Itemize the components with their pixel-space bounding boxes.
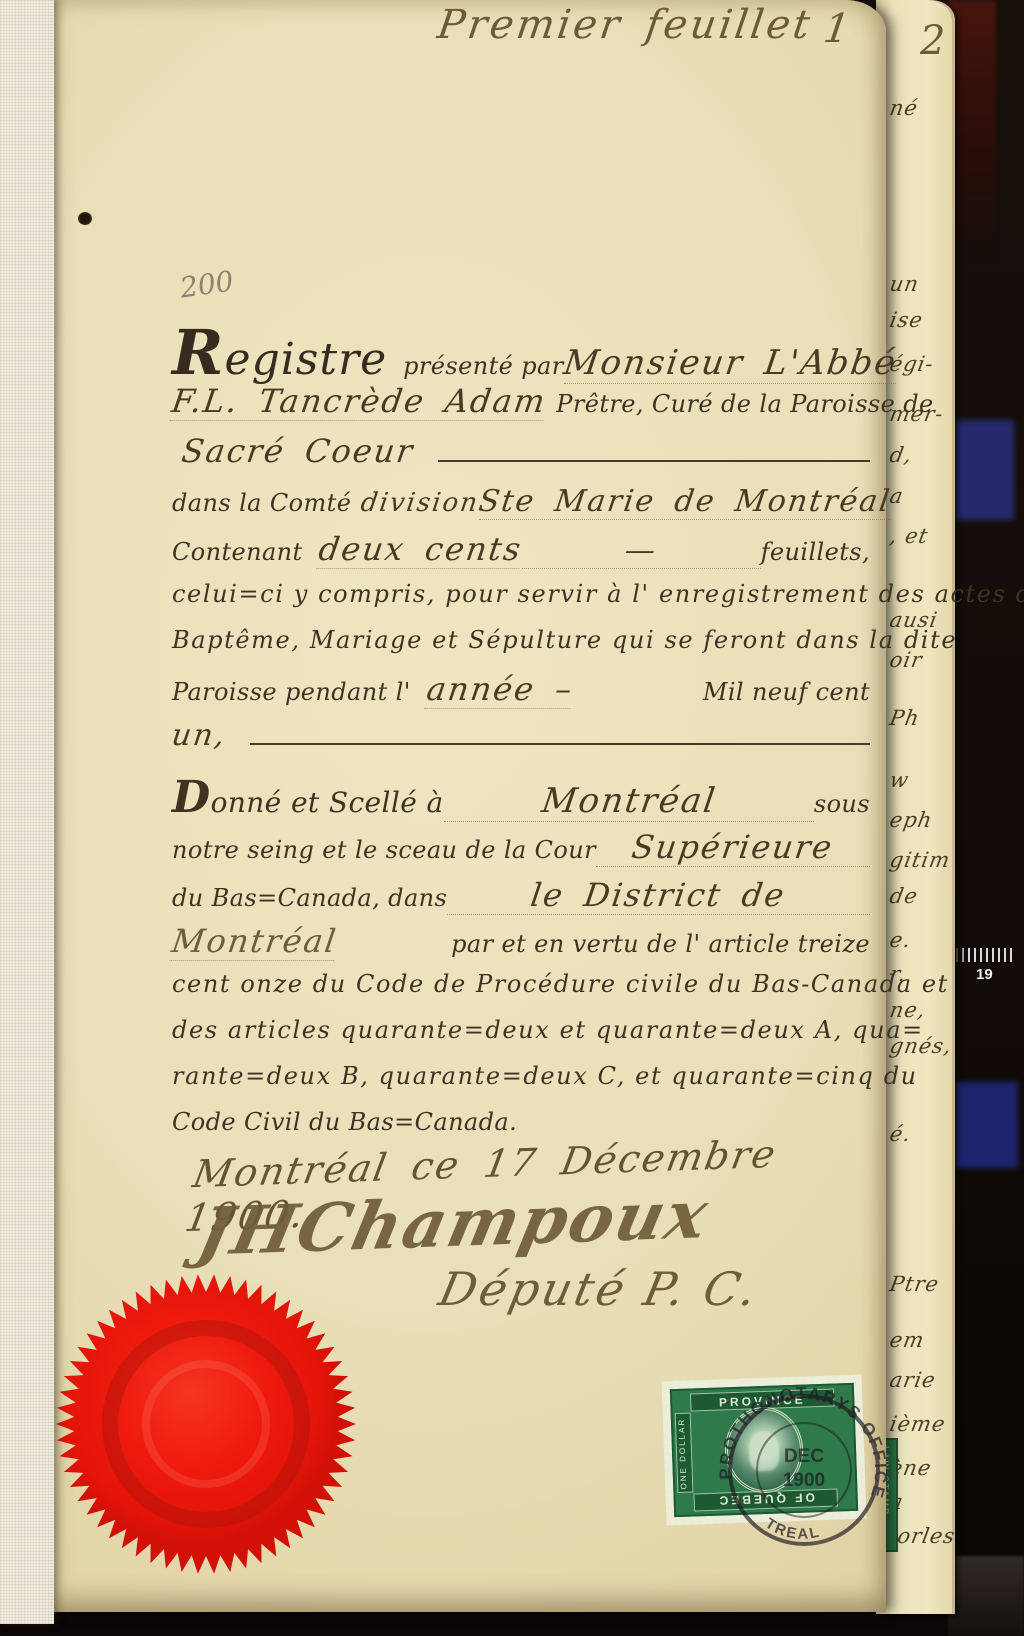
text-fragment: né xyxy=(888,96,952,120)
printed-bapteme-mariage: Baptême, Mariage et Sépulture qui se fer… xyxy=(172,626,957,654)
law-stamp-denomination: ONE DOLLAR xyxy=(675,1413,694,1494)
hand-montreal-2: Montréal xyxy=(169,922,340,961)
stamp-year: 1900 xyxy=(783,1470,825,1491)
page-number-1: 1 xyxy=(821,6,855,52)
text-fragment: ième xyxy=(888,1412,952,1436)
scelle-line-5: cent onze du Code de Procédure civile du… xyxy=(172,970,870,998)
text-fragment: ise xyxy=(888,308,952,332)
hand-dash: — xyxy=(623,533,660,568)
binding-grey-mark xyxy=(948,1556,1024,1636)
hand-montreal-1: Montréal xyxy=(539,781,719,821)
printed-pretre-cure: Prêtre, Curé de la Paroisse de xyxy=(556,390,933,418)
stamp-bottom-text: TREAL xyxy=(762,1515,822,1543)
book-cloth-edge xyxy=(0,0,54,1624)
register-line-3: Sacré Coeur xyxy=(172,432,870,470)
scelle-line-1: Donné et Scellé à Montréal sous xyxy=(172,772,870,823)
next-page-edge: 2 néuniseégi-mer-d,a, etausioirPhwephgit… xyxy=(876,0,952,1614)
register-line-1: Registre présenté par Monsieur L'Abbé xyxy=(172,316,870,389)
blank-district: le District de xyxy=(447,876,870,915)
text-fragment: Ph xyxy=(888,706,952,730)
hand-monsieur-abbe: Monsieur L'Abbé xyxy=(561,343,899,383)
hand-superieure: Supérieure xyxy=(630,828,837,866)
scelle-line-4: Montréal par et en vertu de l' article t… xyxy=(172,922,870,961)
printed-contenant: Contenant xyxy=(172,538,303,566)
text-fragment: d, xyxy=(888,443,952,467)
signature-title-depute: Député P. C. xyxy=(434,1262,764,1316)
ink-blot xyxy=(78,212,92,225)
text-fragment: e. xyxy=(888,928,952,952)
text-fragment: arie xyxy=(888,1368,952,1392)
text-fragment: w xyxy=(888,768,952,792)
red-wax-seal xyxy=(50,1268,362,1580)
register-page: Premier feuillet 1 200 Registre présenté… xyxy=(52,0,886,1612)
ruler-number: 19 xyxy=(976,966,1012,983)
blank-nombre: — xyxy=(522,533,761,569)
register-line-9: un, xyxy=(172,718,870,753)
svg-text:TREAL: TREAL xyxy=(762,1515,822,1543)
printed-presente-par: présenté par xyxy=(403,352,563,380)
printed-dans-comte: dans la Comté xyxy=(172,489,351,517)
text-fragment: , et xyxy=(888,524,952,548)
printed-celui-ci: celui=ci y compris, pour servir à l' enr… xyxy=(172,580,1024,608)
register-line-7: Baptême, Mariage et Sépulture qui se fer… xyxy=(172,626,870,654)
ruled-line xyxy=(250,743,870,745)
prothonotary-date-stamp: PROTHONOTARYS OFFICE TREAL DEC 1900 xyxy=(716,1382,892,1558)
printed-notre-seing: notre seing et le sceau de la Cour xyxy=(172,836,596,864)
scan-background: 19 2 néuniseégi-mer-d,a, etausioirPhweph… xyxy=(0,0,1024,1636)
blank-cour: Supérieure xyxy=(596,828,870,867)
text-fragment: Ptre xyxy=(888,1272,952,1296)
text-fragment: é. xyxy=(888,1122,952,1146)
scelle-line-2: notre seing et le sceau de la Cour Supér… xyxy=(172,828,870,867)
ruler-ticks xyxy=(950,948,1012,962)
page-number-2: 2 xyxy=(920,18,945,64)
register-line-8: Paroisse pendant l' année – Mil neuf cen… xyxy=(172,670,870,709)
one-dollar-label: ONE DOLLAR xyxy=(677,1418,688,1490)
stamp-month: DEC xyxy=(784,1446,824,1467)
text-fragment: gitim xyxy=(888,848,952,872)
scelle-line-3: du Bas=Canada, dans le District de xyxy=(172,876,870,915)
printed-cent-onze: cent onze du Code de Procédure civile du… xyxy=(172,970,949,998)
hand-un: un, xyxy=(170,718,229,753)
hand-nombre-feuillets: deux cents xyxy=(316,530,524,569)
hand-annee: année – xyxy=(424,670,576,709)
scelle-line-7: rante=deux B, quarante=deux C, et quaran… xyxy=(172,1062,870,1090)
register-line-2: F.L. Tancrède Adam Prêtre, Curé de la Pa… xyxy=(172,382,870,421)
printed-sous: sous xyxy=(814,790,870,818)
register-line-5: Contenant deux cents — feuillets, xyxy=(172,530,870,569)
printed-feuillets: feuillets, xyxy=(761,538,870,566)
text-fragment: em xyxy=(888,1328,952,1352)
text-fragment: un xyxy=(888,272,952,296)
text-fragment: eph xyxy=(888,808,952,832)
pencil-folio-count: 200 xyxy=(178,264,236,304)
printed-articles-42: des articles quarante=deux et quarante=d… xyxy=(172,1016,924,1044)
hand-division: division xyxy=(359,488,481,518)
printed-bas-canada-dans: du Bas=Canada, dans xyxy=(172,884,447,912)
register-line-4: dans la Comté division Ste Marie de Mont… xyxy=(172,484,870,520)
printed-mil-neuf-cent: Mil neuf cent xyxy=(703,678,870,706)
hand-paroisse-name: Sacré Coeur xyxy=(179,432,416,470)
printed-paroisse-pendant: Paroisse pendant l' xyxy=(172,678,411,706)
ruler-scale: 19 xyxy=(950,946,1012,998)
ruled-line xyxy=(438,460,870,462)
header-annotation: Premier feuillet xyxy=(435,2,816,48)
scelle-line-6: des articles quarante=deux et quarante=d… xyxy=(172,1016,870,1044)
hand-le-district-de: le District de xyxy=(529,876,789,914)
hand-district-name: Ste Marie de Montréal xyxy=(477,484,894,519)
text-fragment: a xyxy=(888,484,952,508)
register-line-6: celui=ci y compris, pour servir à l' enr… xyxy=(172,580,870,608)
text-fragment: de xyxy=(888,884,952,908)
hand-cure-name: F.L. Tancrède Adam xyxy=(169,382,549,421)
seal-starburst xyxy=(56,1274,356,1574)
printed-code-civil: Code Civil du Bas=Canada. xyxy=(172,1108,517,1136)
printed-donne-scelle: Donné et Scellé à xyxy=(172,772,444,823)
binding-blue-mark-bottom xyxy=(946,1082,1018,1168)
printed-article-treize: par et en vertu de l' article treize xyxy=(451,930,870,958)
blank-division: Ste Marie de Montréal xyxy=(479,484,891,520)
blank-presente: Monsieur L'Abbé xyxy=(564,343,897,384)
blank-ville: Montréal xyxy=(444,781,814,822)
binding-shadow xyxy=(946,0,996,260)
binding-blue-mark-top xyxy=(950,420,1014,520)
registre-word: Registre xyxy=(172,316,387,389)
printed-42b-42c: rante=deux B, quarante=deux C, et quaran… xyxy=(172,1062,918,1090)
